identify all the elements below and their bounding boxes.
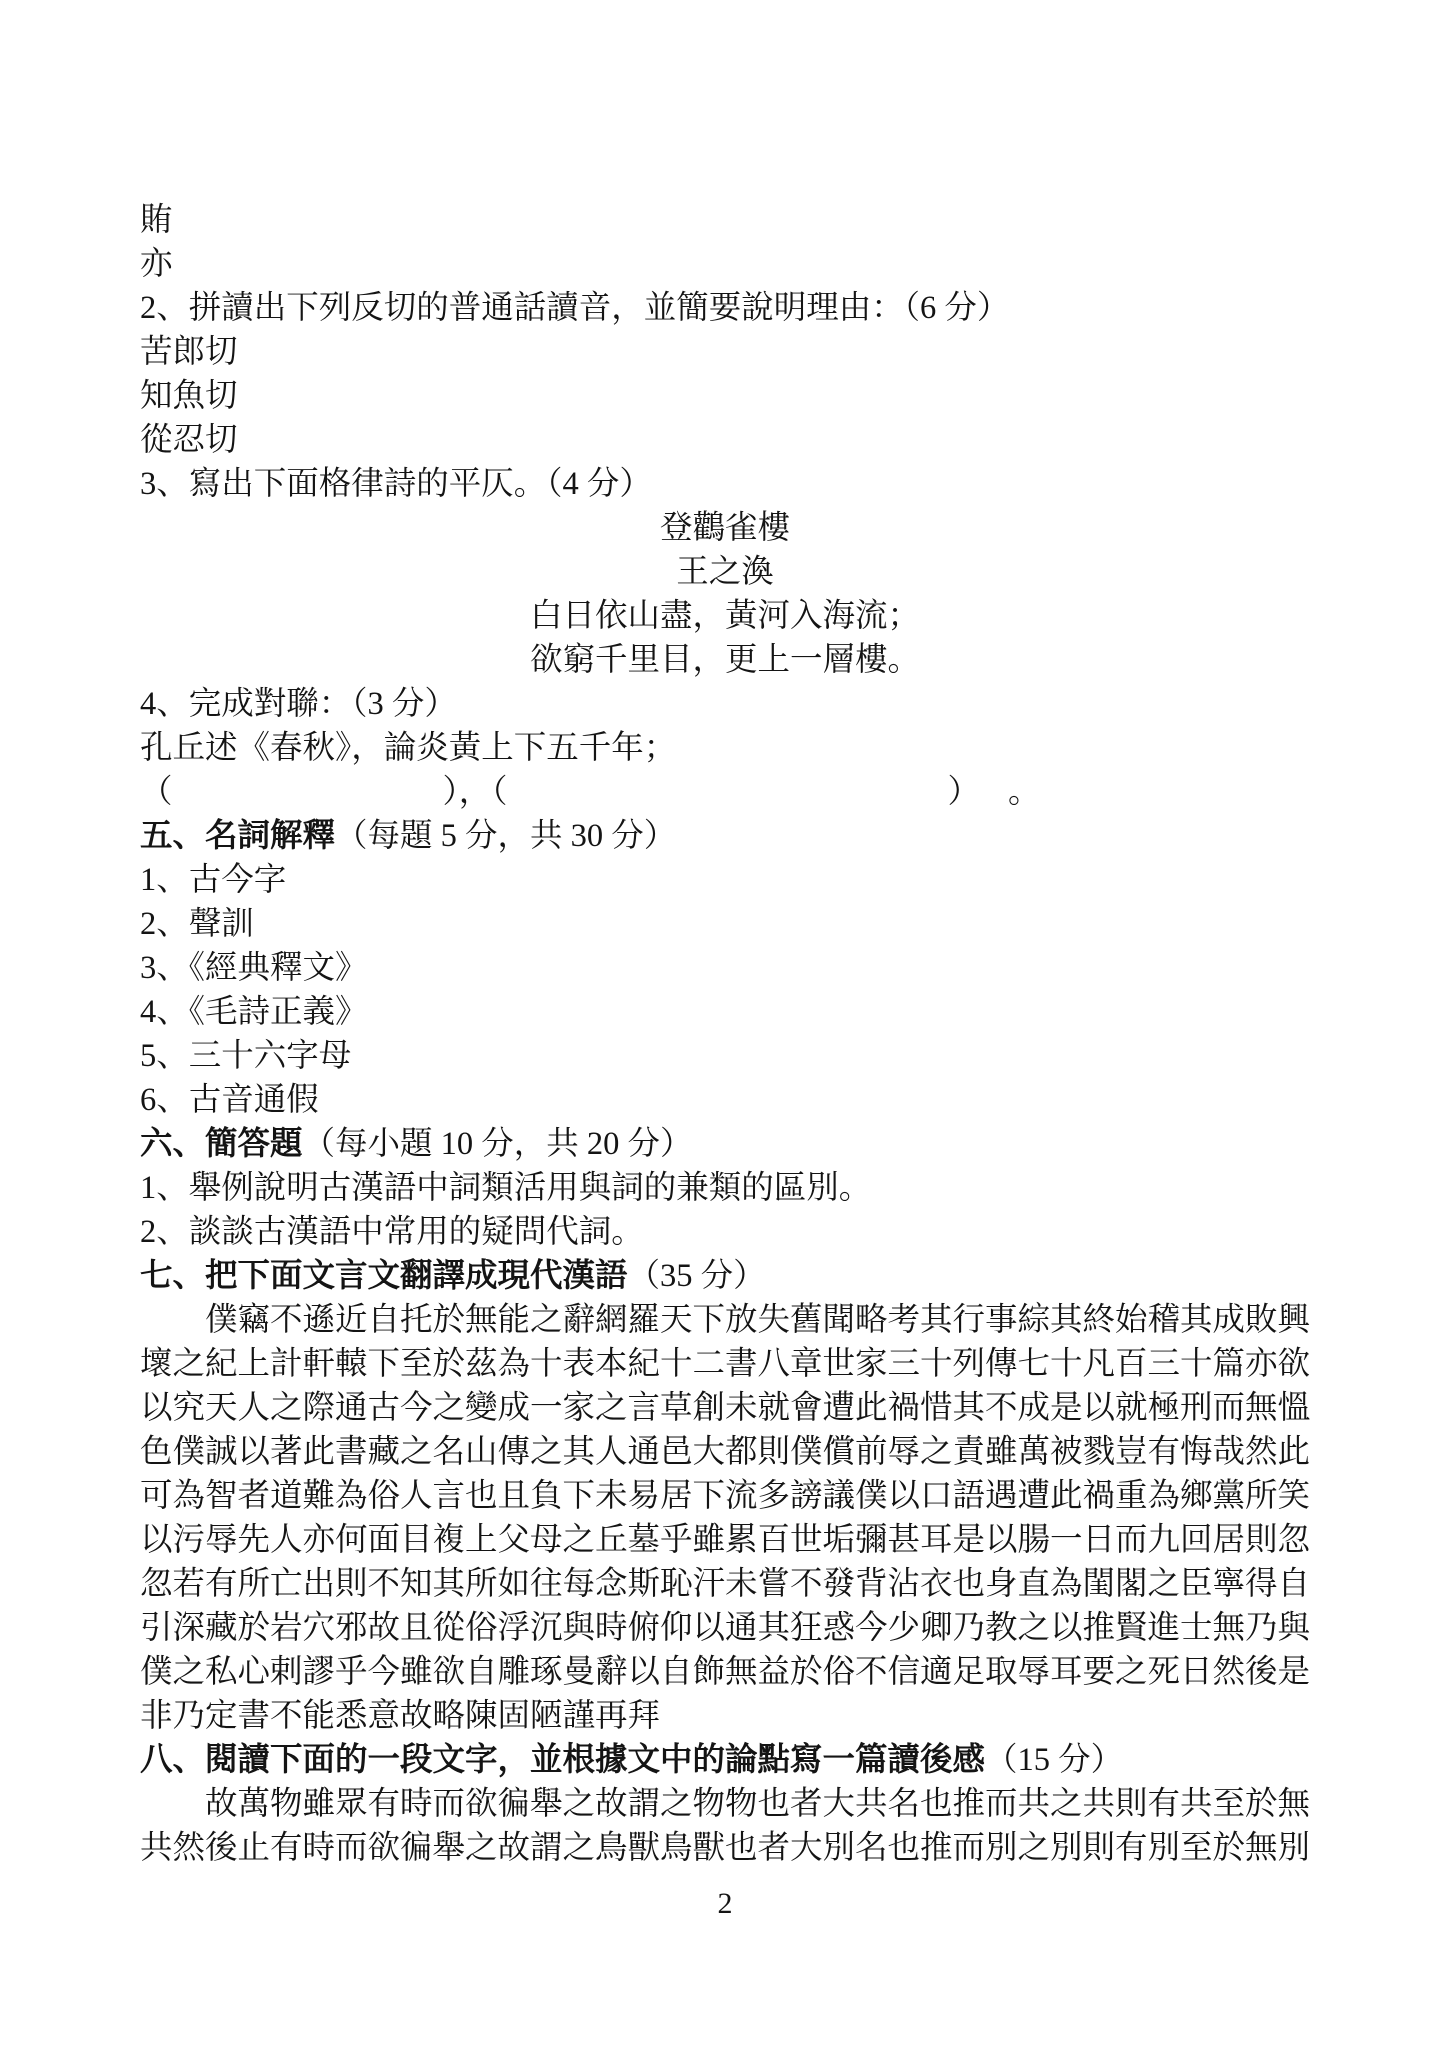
section-8-heading-score: （15 分） [985, 1742, 1123, 1778]
term-item: 6、古音通假 [140, 1078, 1310, 1122]
term-item: 3、《經典釋文》 [140, 946, 1310, 990]
poem-author: 王之渙 [140, 550, 1310, 594]
section-5-heading-score: （每題 5 分，共 30 分） [335, 818, 676, 854]
section-7-heading-title: 七、把下面文言文翻譯成現代漢語 [140, 1258, 628, 1294]
fanqie-item: 知魚切 [140, 374, 1310, 418]
short-answer-item: 1、舉例說明古漢語中詞類活用與詞的兼類的區別。 [140, 1166, 1310, 1210]
fanqie-item: 從忍切 [140, 418, 1310, 462]
short-answer-item: 2、談談古漢語中常用的疑問代詞。 [140, 1210, 1310, 1254]
couplet-first-line: 孔丘述《春秋》，論炎黃上下五千年； [140, 726, 1310, 770]
question-3-heading: 3、寫出下面格律詩的平仄。（4 分） [140, 462, 1310, 506]
question-4-heading: 4、完成對聯：（3 分） [140, 682, 1310, 726]
term-item: 4、《毛詩正義》 [140, 990, 1310, 1034]
section-5-heading: 五、名詞解釋（每題 5 分，共 30 分） [140, 814, 1310, 858]
paren-open: （ [140, 774, 173, 810]
classical-translation-passage: 僕竊不遜近自托於無能之辭網羅天下放失舊聞略考其行事綜其終始稽其成敗興壞之紀上計軒… [140, 1298, 1310, 1738]
paren-close: ） [948, 774, 981, 810]
exam-page: 賄 亦 2、拼讀出下列反切的普通話讀音，並簡要說明理由：（6 分） 苦郎切 知魚… [0, 0, 1450, 2048]
poem-title: 登鸛雀樓 [140, 506, 1310, 550]
paren-middle: ），（ [443, 774, 508, 810]
section-8-heading-title: 八、閱讀下面的一段文字，並根據文中的論點寫一篇讀後感 [140, 1742, 985, 1778]
term-item: 5、三十六字母 [140, 1034, 1310, 1078]
section-5-heading-title: 五、名詞解釋 [140, 818, 335, 854]
section-6-heading-score: （每小題 10 分，共 20 分） [303, 1126, 693, 1162]
poem-line: 白日依山盡，黃河入海流； [140, 594, 1310, 638]
question-2-heading: 2、拼讀出下列反切的普通話讀音，並簡要說明理由：（6 分） [140, 286, 1310, 330]
fanqie-item: 苦郎切 [140, 330, 1310, 374]
section-6-heading: 六、簡答題（每小題 10 分，共 20 分） [140, 1122, 1310, 1166]
fill-in-character: 賄 [140, 198, 1310, 242]
period-mark: 。 [1008, 774, 1041, 810]
fill-in-character: 亦 [140, 242, 1310, 286]
term-item: 1、古今字 [140, 858, 1310, 902]
couplet-blank-line: （），（）。 [140, 770, 1310, 814]
reading-passage: 故萬物雖眾有時而欲徧舉之故謂之物物也者大共名也推而共之共則有共至於無共然後止有時… [140, 1782, 1310, 1870]
page-number: 2 [140, 1886, 1310, 1922]
poem-line: 欲窮千里目，更上一層樓。 [140, 638, 1310, 682]
term-item: 2、聲訓 [140, 902, 1310, 946]
section-8-heading: 八、閱讀下面的一段文字，並根據文中的論點寫一篇讀後感（15 分） [140, 1738, 1310, 1782]
section-6-heading-title: 六、簡答題 [140, 1126, 303, 1162]
section-7-heading: 七、把下面文言文翻譯成現代漢語（35 分） [140, 1254, 1310, 1298]
section-7-heading-score: （35 分） [628, 1258, 766, 1294]
